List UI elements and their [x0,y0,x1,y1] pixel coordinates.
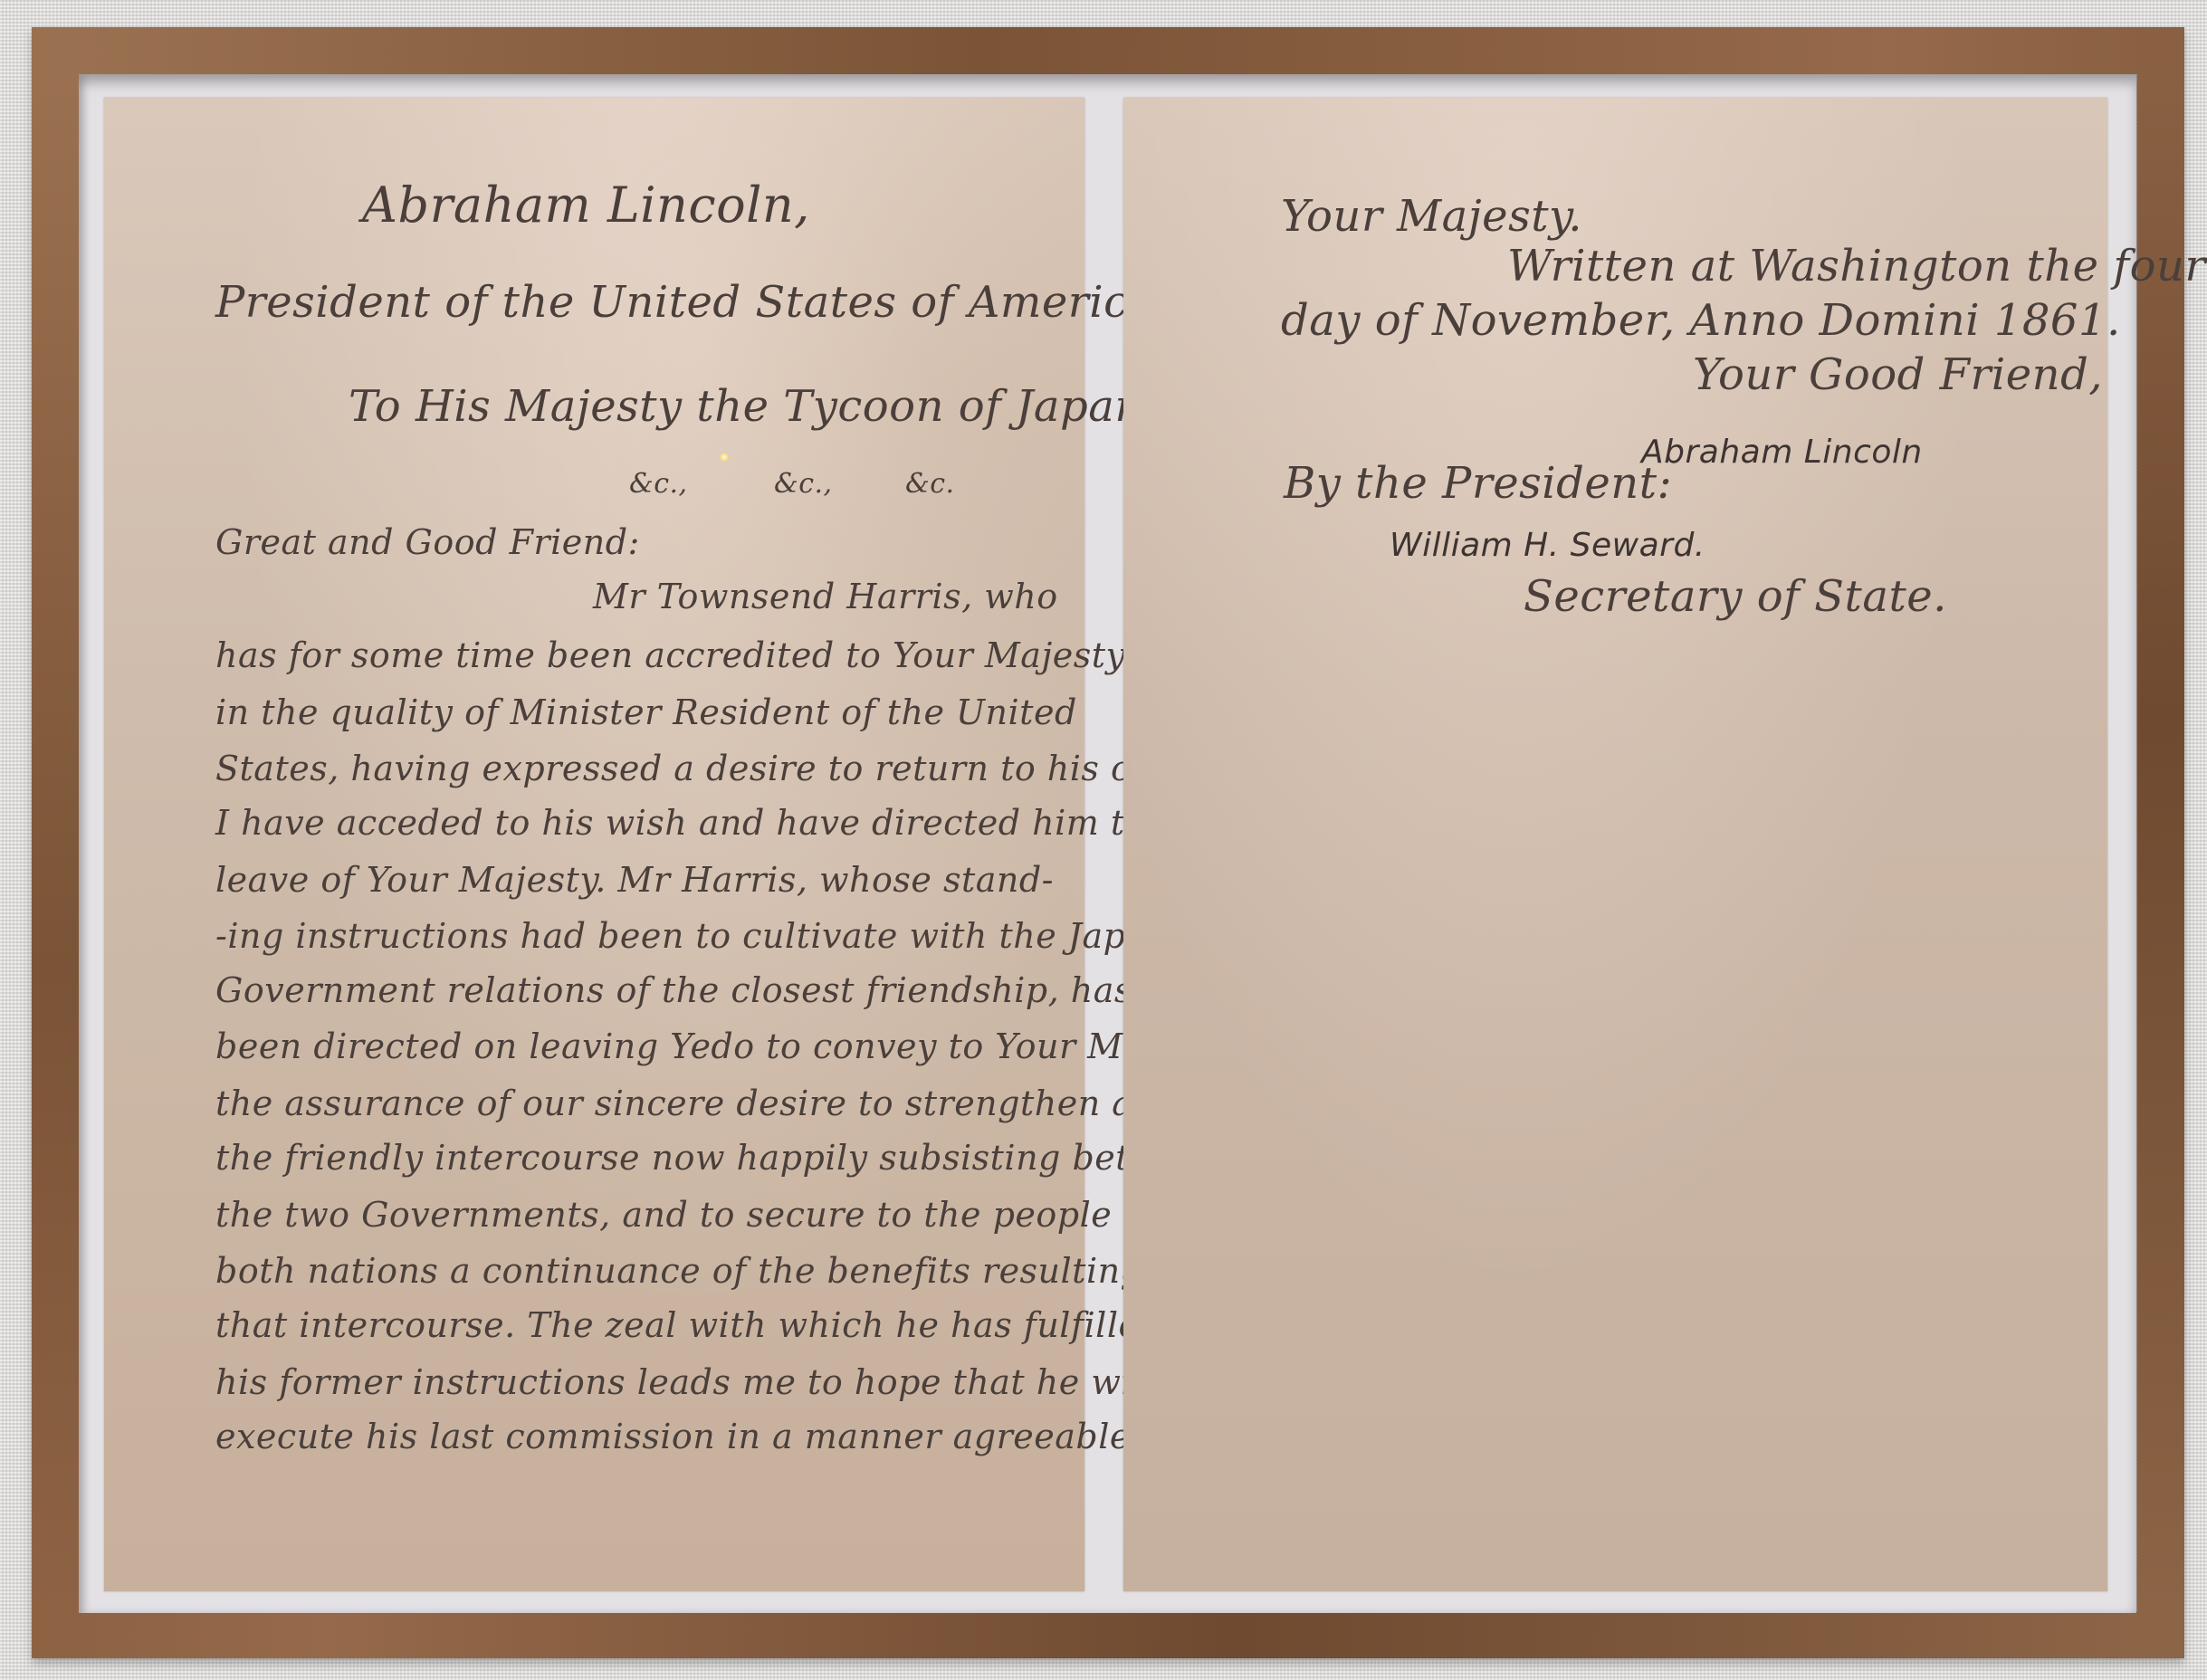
date-line: day of November, Anno Domini 1861. [1281,299,2121,342]
body-line: in the quality of Minister Resident of t… [215,695,1077,730]
body-line: has for some time been accredited to You… [215,638,1125,673]
body-line: the two Governments, and to secure to th… [215,1198,1158,1232]
body-line: Government relations of the closest frie… [215,973,1132,1007]
body-line: Mr Townsend Harris, who [593,579,1058,614]
attestation: By the President: [1284,462,1672,505]
body-line: that intercourse. The zeal with which he… [215,1308,1161,1342]
letter-salutation: Great and Good Friend: [215,525,640,559]
signature-seward: William H. Seward. [1390,530,1705,562]
body-line: the friendly intercourse now happily sub… [215,1141,1224,1175]
body-line: -ing instructions had been to cultivate … [215,919,1229,953]
letter-heading: Abraham Lincoln, [362,181,810,230]
etc-3: &c. [905,471,955,498]
body-line: both nations a continuance of the benefi… [215,1254,1238,1288]
valediction: Your Good Friend, [1693,353,2103,396]
closing-line: Your Majesty. [1281,195,1582,238]
body-line: leave of Your Majesty. Mr Harris, whose … [215,863,1054,897]
body-line: his former instructions leads me to hope… [215,1365,1155,1399]
letter-addressee: To His Majesty the Tycoon of Japan, [349,385,1158,428]
body-line: I have acceded to his wish and have dire… [215,806,1235,840]
signature-lincoln: Abraham Lincoln [1641,436,1923,469]
etc-2: &c., [774,471,833,498]
light-reflection [720,453,729,462]
countersigner-title: Secretary of State. [1524,575,1947,618]
letter-sender-title: President of the United States of Americ… [215,281,1169,324]
etc-1: &c., [629,471,688,498]
body-line: been directed on leaving Yedo to convey … [215,1029,1228,1064]
body-line: execute his last commission in a manner … [215,1419,1178,1454]
body-line: States, having expressed a desire to ret… [215,751,1255,786]
closing-line: Written at Washington the fourteenth [1507,244,2207,288]
